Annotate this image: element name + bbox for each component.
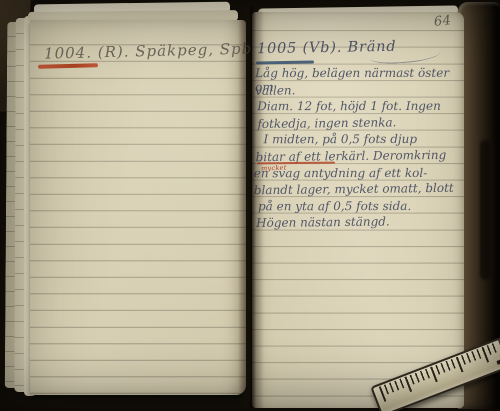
manuscript-line: Högen nästan stängd. (256, 215, 390, 231)
notebook-photo: 1004. (R). Späkpeg, Spb. 64 1005 (Vb). B… (0, 0, 500, 411)
manuscript-line: Diam. 12 fot, höjd 1 fot. Ingen (257, 99, 441, 113)
manuscript-line: fotkedja, ingen stenka. (257, 115, 396, 131)
manuscript-line: på en yta af 0,5 fots sida. (258, 199, 411, 213)
red-underline-1004 (38, 63, 98, 69)
manuscript-body: Låg hög, belägen närmast öster om vallen… (251, 11, 466, 408)
manuscript-line: I midten, på 0,5 fots djup (263, 132, 417, 146)
red-correction-insert: mycket (261, 164, 287, 173)
left-page: 1004. (R). Späkpeg, Spb. (30, 20, 246, 395)
cover-right-shadow (480, 140, 490, 280)
manuscript-line: blandt lager, mycket omatt, blott (254, 181, 454, 197)
left-page-heading: 1004. (R). Späkpeg, Spb. (44, 39, 258, 62)
manuscript-line: vallen. (255, 83, 295, 97)
ruler-mark (496, 359, 500, 365)
right-page: 64 1005 (Vb). Bränd Låg hög, belägen när… (252, 12, 464, 408)
